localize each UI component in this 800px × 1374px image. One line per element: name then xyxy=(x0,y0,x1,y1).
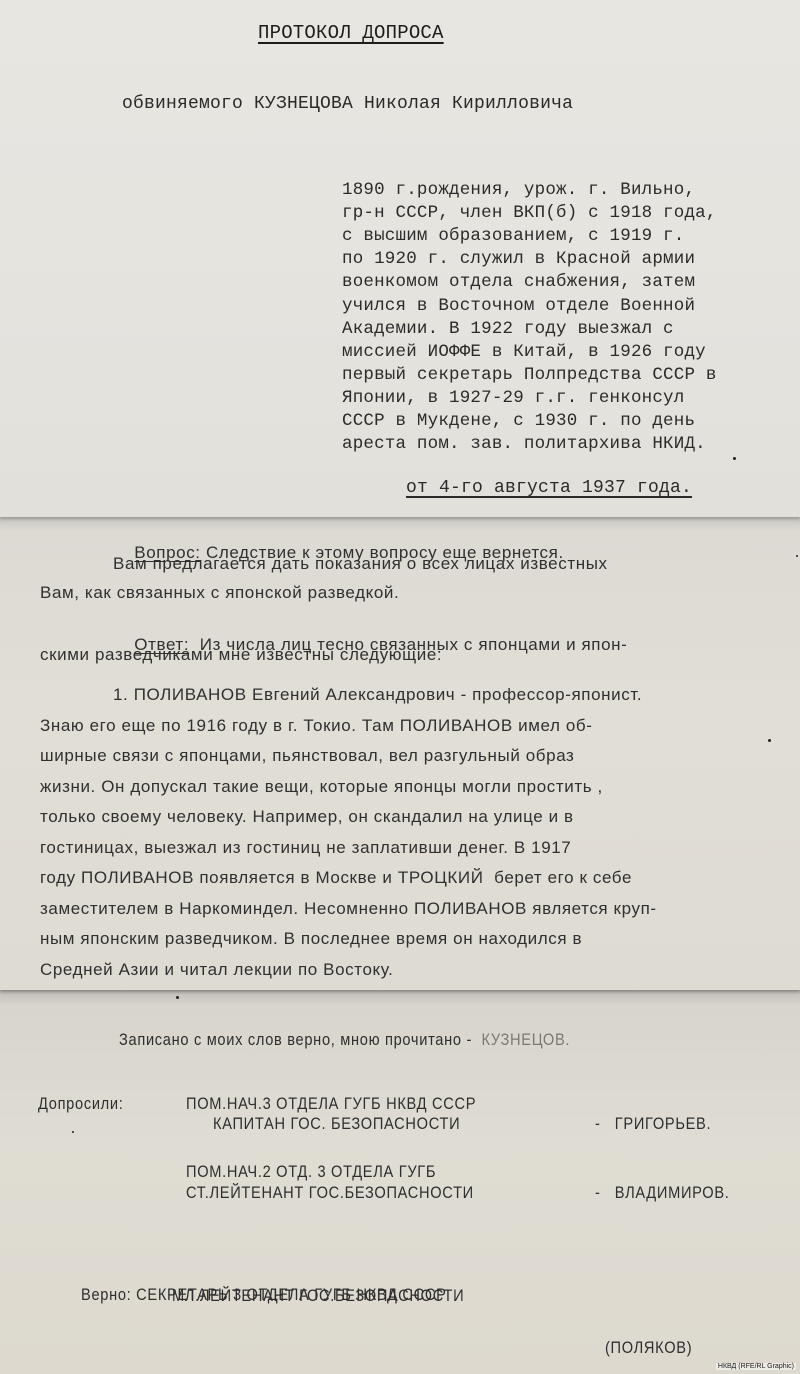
recorded-line: Записано с моих слов верно, мною прочита… xyxy=(100,1010,570,1070)
officer-2-title: ПОМ.НАЧ.2 ОТД. 3 ОТДЕЛА ГУГБ xyxy=(186,1162,436,1182)
officer-1-title: ПОМ.НАЧ.3 ОТДЕЛА ГУГБ НКВД СССР xyxy=(186,1094,476,1114)
biography-line: СССР в Мукдене, с 1930 г. по день xyxy=(342,411,695,431)
biography-line: 1890 г.рождения, урож. г. Вильно, xyxy=(342,180,695,200)
biography-line: по 1920 г. служил в Красной армии xyxy=(342,249,695,269)
document-title: ПРОТОКОЛ ДОПРОСА xyxy=(258,22,444,44)
document-sheet-signatures: Записано с моих слов верно, мною прочита… xyxy=(0,990,800,1374)
officer-1-rank: КАПИТАН ГОС. БЕЗОПАСНОСТИ xyxy=(213,1114,460,1134)
officer-2-rank: СТ.ЛЕЙТЕНАНТ ГОС.БЕЗОПАСНОСТИ xyxy=(186,1183,474,1203)
testimony-line: ным японским разведчиком. В последнее вр… xyxy=(40,929,582,949)
ink-speck xyxy=(72,1131,74,1133)
recorded-text: Записано с моих слов верно, мною прочита… xyxy=(119,1030,472,1049)
accused-line: обвиняемого КУЗНЕЦОВА Николая Кириллович… xyxy=(122,94,573,114)
watermark: НКВД (RFE/RL Graphic) xyxy=(716,1363,796,1370)
officer-2-name: - ВЛАДИМИРОВ. xyxy=(595,1183,730,1203)
verified-label: Верно: xyxy=(81,1285,131,1304)
testimony-line: только своему человеку. Например, он ска… xyxy=(40,807,574,827)
biography-line: Академии. В 1922 году выезжал с xyxy=(342,319,674,339)
ink-speck xyxy=(176,996,179,999)
biography-line: военкомом отдела снабжения, затем xyxy=(342,272,695,292)
question-continuation-1: Вам предлагается дать показания о всех л… xyxy=(113,554,608,574)
officer-1-name: - ГРИГОРЬЕВ. xyxy=(595,1114,711,1134)
ink-speck xyxy=(733,457,736,460)
verified-name: (ПОЛЯКОВ) xyxy=(605,1338,692,1358)
document-sheet-testimony: Вопрос: Следствие к этому вопросу еще ве… xyxy=(0,517,800,990)
testimony-line: Средней Азии и читал лекции по Востоку. xyxy=(40,960,393,980)
testimony-line: жизни. Он допускал такие вещи, которые я… xyxy=(40,777,603,797)
ink-speck xyxy=(796,555,798,557)
biography-line: первый секретарь Полпредства СССР в xyxy=(342,365,717,385)
testimony-line: 1. ПОЛИВАНОВ Евгений Александрович - про… xyxy=(113,685,642,705)
interrogated-by-label: Допросили: xyxy=(38,1094,124,1114)
answer-continuation: скими разведчиками мне известны следующи… xyxy=(40,645,442,665)
document-sheet-header: ПРОТОКОЛ ДОПРОСА обвиняемого КУЗНЕЦОВА Н… xyxy=(0,0,800,517)
question-continuation-2: Вам, как связанных с японской разведкой. xyxy=(40,583,399,603)
accused-signature: КУЗНЕЦОВ. xyxy=(482,1030,571,1049)
testimony-line: Знаю его еще по 1916 году в г. Токио. Та… xyxy=(40,716,592,736)
biography-line: гр-н СССР, член ВКП(б) с 1918 года, xyxy=(342,203,717,223)
biography-line: миссией ИОФФЕ в Китай, в 1926 году xyxy=(342,342,706,362)
question-line: Вопрос: Следствие к этому вопросу еще ве… xyxy=(113,523,564,583)
verified-rank: МЛ.ЛЕЙТЕНАНТ ГОС.БЕЗОПАСНОСТИ xyxy=(172,1286,464,1306)
testimony-line: заместителем в Наркоминдел. Несомненно П… xyxy=(40,899,657,919)
testimony-line: гостиницах, выезжал из гостиниц не запла… xyxy=(40,838,571,858)
biography-line: Японии, в 1927-29 г.г. генконсул xyxy=(342,388,684,408)
biography-line: учился в Восточном отделе Военной xyxy=(342,296,695,316)
biography-line: с высшим образованием, с 1919 г. xyxy=(342,226,684,246)
protocol-date: от 4-го августа 1937 года. xyxy=(406,478,692,498)
biography-line: ареста пом. зав. политархива НКИД. xyxy=(342,434,706,454)
ink-speck xyxy=(768,739,771,742)
testimony-line: году ПОЛИВАНОВ появляется в Москве и ТРО… xyxy=(40,868,632,888)
testimony-line: ширные связи с японцами, пьянствовал, ве… xyxy=(40,746,574,766)
